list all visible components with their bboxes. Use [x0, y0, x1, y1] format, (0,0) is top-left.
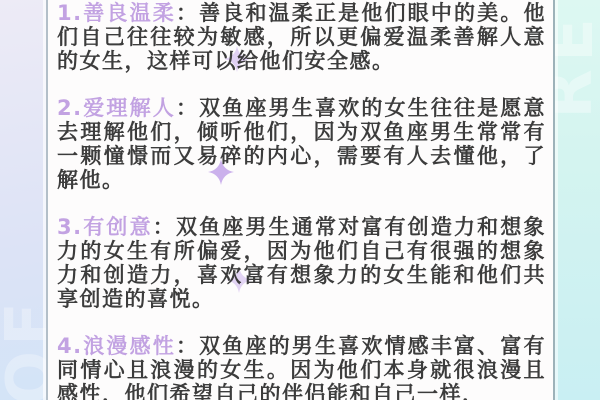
list-item-kind-gentle: 1.善良温柔：善良和温柔正是他们眼中的美。他们自己往往较为敏感，所以更偏爱温柔善… — [57, 1, 546, 73]
item-title: 有创意 — [83, 215, 153, 239]
list-item-creative: 3.有创意：双鱼座男生通常对富有创造力和想象力的女生有所偏爱，因为他们自己有很强… — [57, 215, 546, 311]
content-card: 1.善良温柔：善良和温柔正是他们眼中的美。他们自己往往较为敏感，所以更偏爱温柔善… — [46, 0, 555, 400]
item-colon: ： — [176, 1, 199, 25]
list-item-understanding: 2.爱理解人：双鱼座男生喜欢的女生往往是愿意去理解他们，倾听他们，因为双鱼座男生… — [57, 96, 546, 192]
item-number: 3. — [57, 215, 83, 239]
zodiac-text-card-screen: F O E R 1.善良温柔：善良和温柔正是他们眼中的美。他们自己往往较为敏感，… — [0, 0, 600, 400]
item-number: 4. — [57, 334, 83, 358]
item-title: 浪漫感性 — [83, 334, 176, 358]
background-right-strip: E R — [555, 0, 600, 400]
list-item-romantic: 4.浪漫感性：双鱼座的男生喜欢情感丰富、富有同情心且浪漫的女生。因为他们本身就很… — [57, 334, 546, 400]
item-number: 1. — [57, 1, 83, 25]
item-colon: ： — [176, 334, 199, 358]
item-number: 2. — [57, 96, 83, 120]
item-colon: ： — [153, 215, 176, 239]
sparkle-icon — [208, 159, 234, 185]
item-title: 善良温柔 — [83, 1, 176, 25]
item-title: 爱理解人 — [83, 96, 176, 120]
item-colon: ： — [176, 96, 199, 120]
